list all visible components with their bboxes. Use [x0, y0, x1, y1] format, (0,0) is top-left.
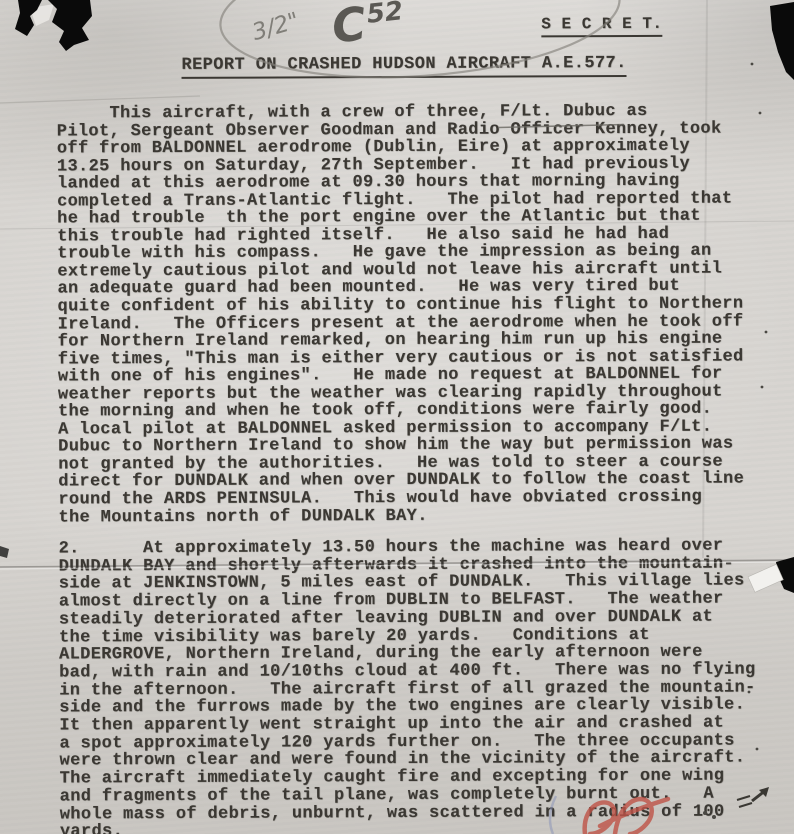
file-mark-letter: C — [329, 0, 368, 54]
report-title: REPORT ON CRASHED HUDSON AIRCRAFT A.E.57… — [181, 54, 626, 79]
report-paragraph-2: 2. At approximately 13.50 hours the mach… — [59, 537, 757, 834]
report-paragraph-1: This aircraft, with a crew of three, F/L… — [57, 102, 745, 526]
handwritten-file-mark: C52 — [329, 0, 404, 54]
typed-text-layer: S E C R E T. REPORT ON CRASHED HUDSON AI… — [0, 0, 794, 834]
classification-stamp: S E C R E T. — [541, 15, 662, 38]
file-mark-number: 52 — [365, 0, 404, 30]
scanned-report-page: S E C R E T. REPORT ON CRASHED HUDSON AI… — [0, 0, 794, 834]
